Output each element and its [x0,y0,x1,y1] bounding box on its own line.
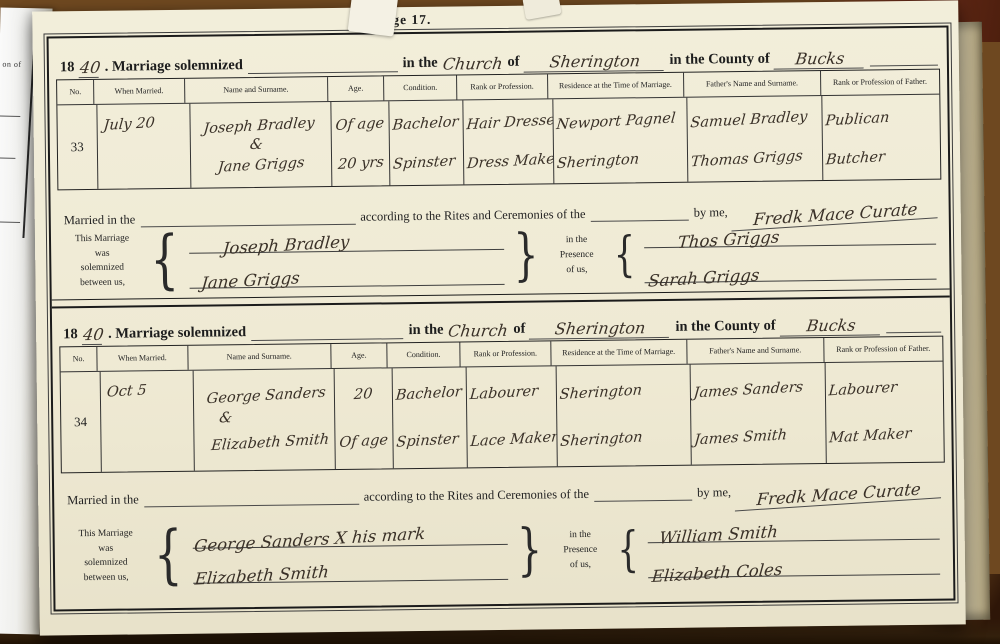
label-line: solemnized [60,261,144,277]
column-header: Condition. [387,342,460,367]
brace-open: { [154,530,183,582]
blank-line [886,317,942,333]
entry-number: 34 [74,414,87,430]
entry-row-33: 33 July 20 Joseph Bradley & Jane Griggs … [57,95,940,190]
label-line: in the [547,528,613,544]
bride-condition: Spinster [395,431,464,451]
blank-line [590,208,688,222]
signature-line: Joseph Bradley [189,227,504,254]
groom-name: George Sanders [206,385,332,408]
cell-age: Of age 20 yrs [331,101,390,186]
brace-open-witness: { [618,531,640,570]
cell-profession: Hair Dresser Dress Maker [463,99,554,184]
presence-label: in the Presence of us, [543,226,610,286]
church-field: Church [447,321,509,341]
couple-signatures: Joseph Bradley Jane Griggs [185,227,509,290]
signature-line: Elizabeth Smith [193,557,508,584]
column-header: Rank or Profession. [460,341,551,366]
county-label: in the County of [669,51,770,69]
blank-line [248,57,398,74]
witness-line: Thos Griggs [644,222,936,249]
cell-father-profession: Labourer Mat Maker [825,361,943,462]
witness-signature: Thos Griggs [677,228,780,253]
cell-profession: Labourer Lace Maker [466,366,558,467]
by-me-label: by me, [697,485,731,500]
bride-father: James Smith [694,426,823,449]
witness-signature: William Smith [659,522,779,548]
groom-condition: Bachelor [391,114,460,134]
parish-field: Sherington [529,318,672,340]
groom-father: James Sanders [693,379,822,402]
label-line: Presence [544,248,610,264]
groom-signature: Joseph Bradley [222,233,350,259]
when-married-value: July 20 [102,115,155,134]
groom-condition: Bachelor [395,384,464,404]
cell-condition: Bachelor Spinster [392,367,467,468]
column-header: Rank or Profession. [457,74,548,99]
cell-residence: Newport Pagnel Sherington [553,98,688,184]
previous-page-text-fragment: on of [2,60,21,69]
of-label: of [507,54,519,71]
register-border: 1840. Marriage solemnized in the Church … [47,25,956,611]
label-line: Presence [547,543,613,559]
rites-label: according to the Rites and Ceremonies of… [360,207,585,225]
column-header: Name and Surname. [185,77,329,103]
cell-age: 20 Of age [335,368,394,469]
column-header: Rank or Profession of Father. [821,70,940,95]
header-title: . Marriage solemnized [108,324,246,343]
column-header: When Married. [98,346,189,371]
bride-age: 20 yrs [337,154,384,173]
entry-row-34: 34 Oct 5 George Sanders & Elizabeth Smit… [61,361,944,472]
groom-name: Joseph Bradley [203,114,329,137]
signature-line: George Sanders X his mark [192,522,507,549]
record-section-34: 1840. Marriage solemnized in the Church … [52,297,954,609]
column-header: Age. [328,76,384,101]
blank-line [251,324,404,341]
in-the-label: in the [403,55,438,72]
groom-father-profession: Labourer [828,378,941,400]
groom-age: Of age [335,115,385,134]
column-header: When Married. [94,79,185,104]
brace-close: } [513,234,538,279]
county-field: Bucks [779,315,882,336]
bride-father-profession: Mat Maker [828,425,941,447]
cell-father: James Sanders James Smith [691,363,827,465]
entry-number: 33 [71,139,84,155]
cell-father: Samuel Bradley Thomas Griggs [688,96,823,182]
in-the-label: in the [408,322,443,339]
label-line: of us, [547,557,613,573]
label-line: was [64,541,148,557]
column-header: Rank or Profession of Father. [824,336,943,361]
previous-page-rule [0,221,20,223]
register-table-34: No. When Married. Name and Surname. Age.… [59,335,944,473]
couple-signatures: George Sanders X his mark Elizabeth Smit… [188,507,512,600]
this-marriage-label: This Marriage was solemnized between us, [63,511,148,601]
column-header: Residence at the Time of Marriage. [548,73,685,99]
solemnized-block: This Marriage was solemnized between us,… [59,499,948,609]
bride-name: Jane Griggs [217,153,329,175]
witness-line: William Smith [647,517,939,544]
rites-label: according to the Rites and Ceremonies of… [364,487,589,505]
groom-residence: Sherington [559,380,688,403]
cell-condition: Bachelor Spinster [389,100,464,185]
column-header: Condition. [384,75,457,100]
year-prefix: 18 [60,59,75,76]
label-line: of us, [544,262,610,278]
bride-profession: Lace Maker [469,430,554,451]
presence-label: in the Presence of us, [547,505,614,595]
groom-profession: Hair Dresser [465,112,550,133]
witness-signature: Elizabeth Coles [651,560,783,586]
bride-residence: Sherington [559,427,688,450]
brace-open: { [150,235,179,287]
by-me-label: by me, [694,205,728,220]
cell-when-married: July 20 [97,104,191,189]
church-field: Church [441,54,503,74]
bride-name: Elizabeth Smith [211,432,333,455]
blank-line [870,51,938,67]
brace-close: } [517,529,542,574]
bride-age: Of age [339,433,389,452]
cell-number: 34 [61,372,102,472]
year-prefix: 18 [63,326,78,343]
column-header: No. [57,80,95,104]
married-in-label: Married in the [67,492,139,508]
cell-number: 33 [57,105,98,189]
solemnized-block: This Marriage was solemnized between us,… [56,220,945,300]
groom-residence: Newport Pagnel [556,109,685,132]
previous-page-rule [0,116,20,117]
header-title: . Marriage solemnized [105,57,243,76]
county-label: in the County of [675,317,776,335]
label-line: This Marriage [64,526,148,542]
bride-father-profession: Butcher [825,146,938,168]
bride-condition: Spinster [392,153,461,173]
parish-field: Sherington [523,51,666,73]
bride-signature: Elizabeth Smith [194,563,330,589]
column-header: Father's Name and Surname. [687,338,824,364]
bride-residence: Sherington [556,148,685,171]
column-header: Residence at the Time of Marriage. [551,340,688,366]
married-in-label: Married in the [64,212,136,228]
groom-father-profession: Publican [825,107,938,129]
label-line: solemnized [64,556,148,572]
label-line: between us, [60,275,144,291]
groom-profession: Labourer [469,383,554,404]
witness-line: Sarah Griggs [644,257,936,284]
brace-open-witness: { [614,236,636,275]
this-marriage-label: This Marriage was solemnized between us, [60,231,145,291]
witness-signatures: William Smith Elizabeth Coles [643,501,944,594]
county-field: Bucks [774,48,867,69]
column-header: Name and Surname. [188,344,332,370]
label-line: between us, [64,570,148,586]
of-label: of [513,321,525,338]
bride-father: Thomas Griggs [691,147,820,170]
year-handwritten: 40 [81,325,104,345]
cell-father-profession: Publican Butcher [822,95,940,180]
blank-line [144,492,359,508]
register-page: Page 17. 1840. Marriage solemnized in th… [32,0,966,635]
ampersand: & [218,410,233,426]
cell-names: Joseph Bradley & Jane Griggs [190,102,332,188]
groom-signature: George Sanders X his mark [193,524,426,556]
column-header: Father's Name and Surname. [684,71,821,97]
bride-profession: Dress Maker [466,151,551,172]
paper-tab [348,0,399,37]
year-handwritten: 40 [78,58,101,78]
record-section-33: 1840. Marriage solemnized in the Church … [49,28,950,300]
when-married-value: Oct 5 [106,382,147,400]
signature-line: Jane Griggs [189,262,504,289]
groom-father: Samuel Bradley [690,108,819,131]
witness-line: Elizabeth Coles [648,552,940,579]
bride-signature: Jane Griggs [200,269,300,293]
label-line: in the [543,233,609,249]
blank-line [594,488,692,502]
column-header: No. [60,347,98,371]
cell-names: George Sanders & Elizabeth Smith [194,369,336,471]
previous-page-rule [0,157,15,158]
ampersand: & [249,136,264,152]
column-header: Age. [331,343,387,368]
cell-residence: Sherington Sherington [557,365,693,467]
label-line: This Marriage [60,231,144,247]
groom-age: 20 [353,387,373,404]
witness-signature: Sarah Griggs [647,266,760,291]
cell-when-married: Oct 5 [100,371,195,472]
witness-signatures: Thos Griggs Sarah Griggs [640,222,941,285]
label-line: was [60,246,144,262]
register-table-33: No. When Married. Name and Surname. Age.… [56,69,941,191]
